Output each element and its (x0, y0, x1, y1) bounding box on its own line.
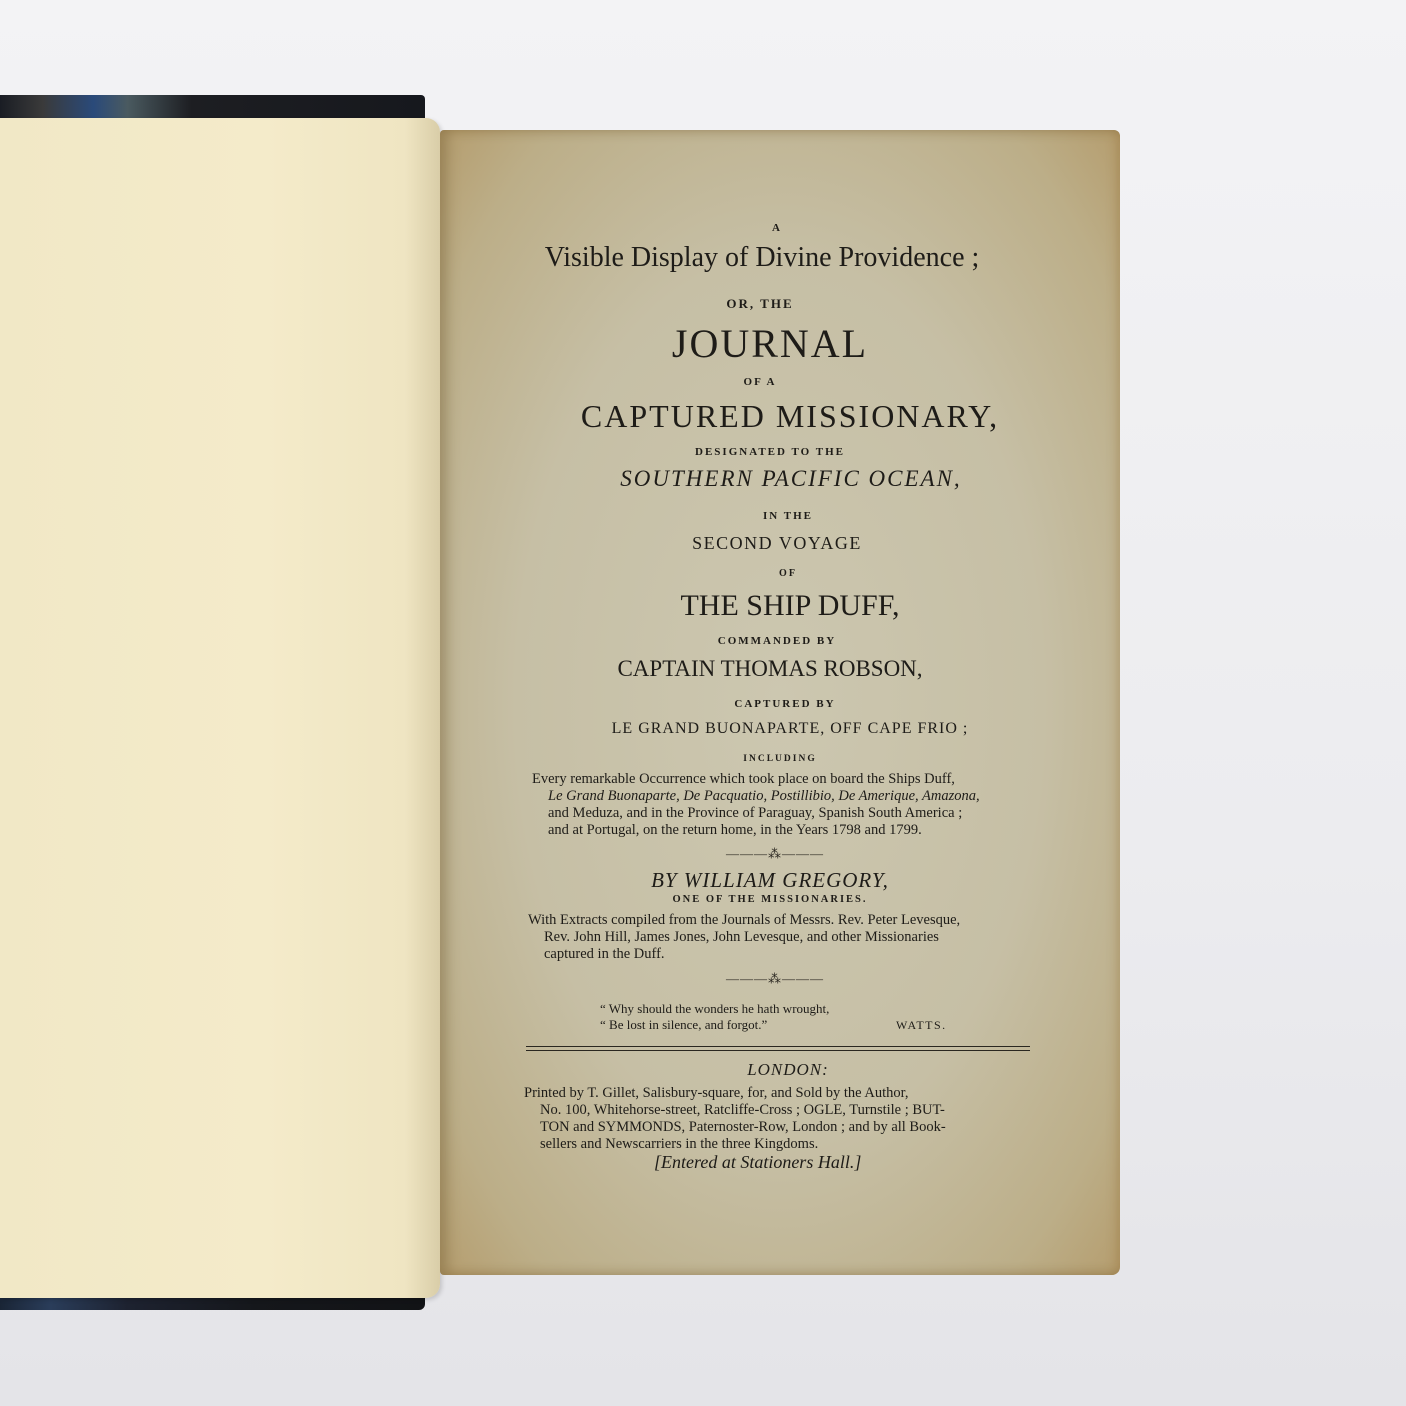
second-voyage: SECOND VOYAGE (437, 533, 1117, 554)
extracts-line: captured in the Duff. (544, 946, 665, 963)
imprint-line: Printed by T. Gillet, Salisbury-square, … (524, 1085, 909, 1102)
of: OF (448, 568, 1128, 579)
captured-by: CAPTURED BY (445, 698, 1125, 710)
title-page: A Visible Display of Divine Providence ;… (440, 130, 1120, 1275)
quote-line: “ Be lost in silence, and forgot.” (600, 1016, 767, 1033)
including-line: and Meduza, and in the Province of Parag… (548, 805, 962, 822)
imprint-line: No. 100, Whitehorse-street, Ratcliffe-Cr… (540, 1102, 945, 1119)
captain-name: CAPTAIN THOMAS ROBSON, (430, 656, 1110, 682)
commanded-by: COMMANDED BY (437, 635, 1117, 647)
in-the: IN THE (448, 510, 1128, 522)
entered-stationers-hall: [Entered at Stationers Hall.] (654, 1154, 861, 1171)
double-rule-top (526, 1046, 1030, 1047)
quote-attribution: WATTS. (896, 1017, 947, 1034)
captor: LE GRAND BUONAPARTE, OFF CAPE FRIO ; (450, 720, 1130, 738)
including-label: INCLUDING (440, 754, 1120, 764)
ornament-divider: ———⁂——— (690, 846, 860, 862)
double-rule-bottom (526, 1050, 1030, 1051)
designated: DESIGNATED TO THE (430, 446, 1110, 458)
the-ship-duff: THE SHIP DUFF, (450, 589, 1130, 623)
ornament-divider: ———⁂——— (690, 971, 860, 987)
title-line-1: Visible Display of Divine Providence ; (422, 242, 1102, 274)
captured-missionary: CAPTURED MISSIONARY, (450, 398, 1130, 435)
author-role: ONE OF THE MISSIONARIES. (430, 894, 1110, 905)
including-line: Every remarkable Occurrence which took p… (532, 771, 955, 788)
extracts-line: Rev. John Hill, James Jones, John Levesq… (544, 929, 939, 946)
southern-pacific: SOUTHERN PACIFIC OCEAN, (451, 466, 1131, 492)
imprint-line: sellers and Newscarriers in the three Ki… (540, 1136, 818, 1153)
extracts-line: With Extracts compiled from the Journals… (528, 912, 960, 929)
article-a: A (437, 222, 1117, 234)
journal-heading: JOURNAL (430, 320, 1110, 367)
including-line: and at Portugal, on the return home, in … (548, 822, 922, 839)
including-line: Le Grand Buonaparte, De Pacquatio, Posti… (548, 788, 980, 805)
of-a: OF A (420, 376, 1100, 388)
author: BY WILLIAM GREGORY, (430, 868, 1110, 893)
left-endpaper (0, 118, 440, 1298)
imprint-city: LONDON: (448, 1060, 1128, 1080)
quote-line: “ Why should the wonders he hath wrought… (600, 1000, 829, 1017)
or-the: OR, THE (420, 296, 1100, 312)
imprint-line: TON and SYMMONDS, Paternoster-Row, Londo… (540, 1119, 946, 1136)
